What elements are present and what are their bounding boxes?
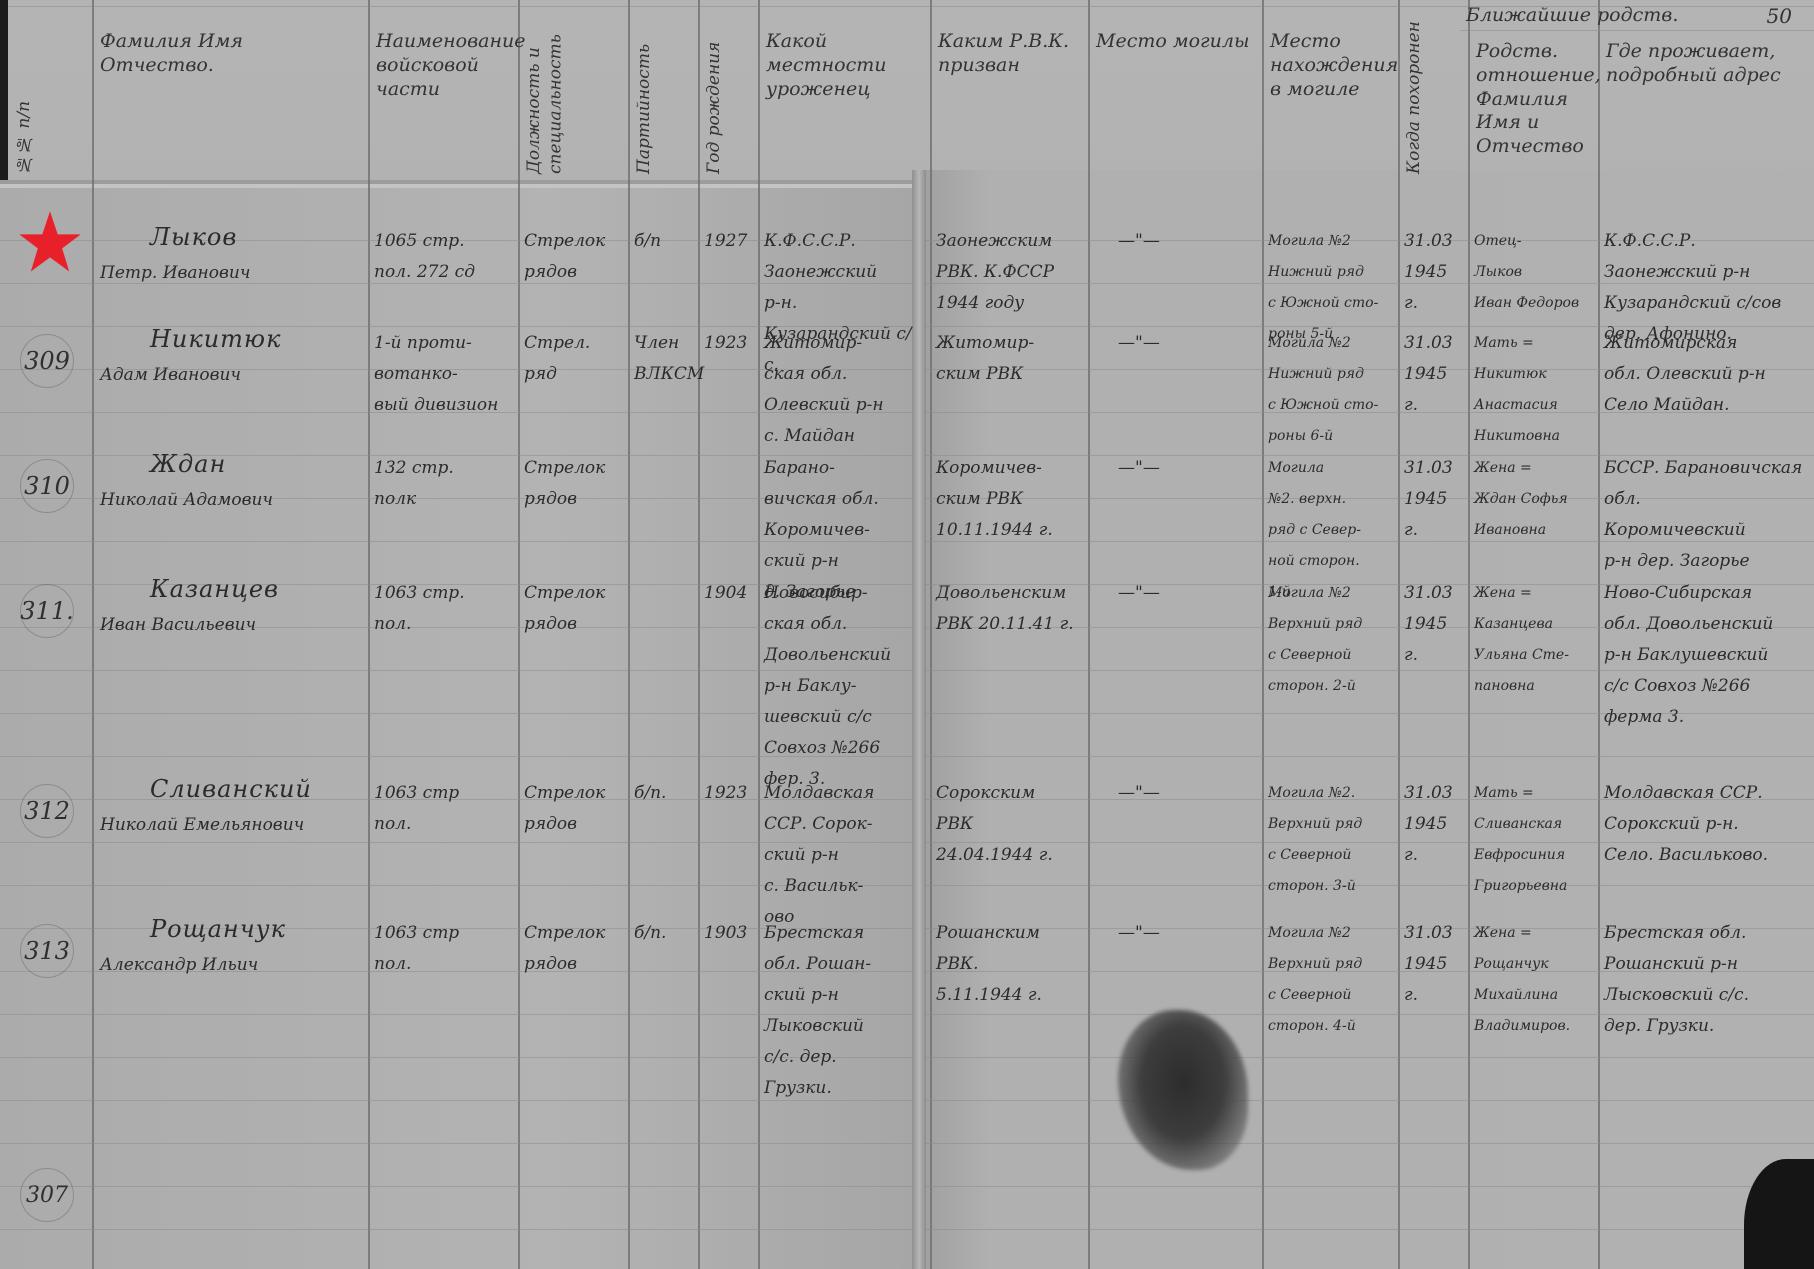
column-header-grave: Место могилы [1096, 30, 1256, 54]
cell-grave: —"— [1118, 453, 1282, 484]
cell-rvk: Заонежским РВК. К.ФССР 1944 году [936, 226, 1084, 319]
cell-rank: Стрелок рядов [524, 226, 624, 288]
cell-unit: 1065 стр. пол. 272 сд [374, 226, 514, 288]
cell-relative: Жена = Казанцева Ульяна Сте- пановна [1474, 578, 1594, 702]
cell-rvk: Довольенским РВК 20.11.41 г. [936, 578, 1084, 640]
given-names: Николай Емельянович [100, 810, 362, 841]
cell-address: Брестская обл. Рошанский р-н Лысковский … [1604, 918, 1810, 1042]
given-names: Петр. Иванович [100, 258, 362, 289]
row-rule [0, 1186, 912, 1187]
cell-address: Молдавская ССР. Сорокский р-н. Село. Вас… [1604, 778, 1810, 871]
cell-buried: 31.03 1945 г. [1404, 578, 1464, 671]
surname: Рощанчук [150, 914, 286, 945]
cell-party: б/п. [634, 778, 694, 809]
column-header-no: №№ п/п [14, 14, 88, 174]
cell-rvk: Житомир- ским РВК [936, 328, 1084, 390]
cell-origin: Брестская обл. Рошан- ский р-н Лыковский… [764, 918, 912, 1104]
cell-rank: Стрелок рядов [524, 918, 624, 980]
row-rule [926, 1100, 1814, 1101]
cell-relative: Мать = Сливанская Евфросиния Григорьевна [1474, 778, 1594, 902]
surname: Казанцев [150, 574, 279, 605]
column-rule [368, 0, 370, 1269]
cell-location: Могила №2 Верхний ряд с Северной сторон.… [1268, 578, 1394, 702]
column-rule [1598, 0, 1600, 1269]
column-header-address: Где проживает, подробный адрес [1606, 40, 1808, 88]
column-header-buried: Когда похоронен [1404, 14, 1464, 174]
row-number: 310 [20, 459, 74, 513]
cell-location: Могила №2 Нижний ряд с Южной сто- роны 6… [1268, 328, 1394, 452]
column-header-relative: Родств. отношение, Фамилия Имя и Отчеств… [1476, 40, 1592, 159]
column-header-rank: Должность и специальность [524, 14, 624, 174]
column-rule [1468, 0, 1470, 1269]
column-rule [758, 0, 760, 1269]
column-rule [1262, 0, 1264, 1269]
cell-relative: Жена = Рощанчук Михайлина Владимиров. [1474, 918, 1594, 1042]
cell-grave: —"— [1118, 328, 1282, 359]
cell-unit: 1063 стр. пол. [374, 578, 514, 640]
row-number: 311. [20, 584, 74, 638]
column-rule [698, 0, 700, 1269]
row-number: 313 [20, 924, 74, 978]
cell-buried: 31.03 1945 г. [1404, 453, 1464, 546]
row-rule [0, 1143, 912, 1144]
cell-origin: Молдавская ССР. Сорок- ский р-н с. Васил… [764, 778, 912, 933]
column-header-name: Фамилия Имя Отчество. [100, 30, 362, 78]
book-spine [912, 170, 926, 1269]
given-names: Александр Ильич [100, 950, 362, 981]
row-number: 309 [20, 334, 74, 388]
cell-buried: 31.03 1945 г. [1404, 226, 1464, 319]
cell-relative: Отец- Лыков Иван Федоров [1474, 226, 1594, 319]
column-header-born: Год рождения [704, 14, 754, 174]
column-rule [518, 0, 520, 1269]
cell-buried: 31.03 1945 г. [1404, 328, 1464, 421]
column-rule [1088, 0, 1090, 1269]
row-rule [926, 1057, 1814, 1058]
row-rule [0, 1229, 912, 1230]
row-rule [926, 1229, 1814, 1230]
row-rule [926, 756, 1814, 757]
cell-rank: Стрелок рядов [524, 778, 624, 840]
row-number: 312 [20, 784, 74, 838]
surname: Сливанский [150, 774, 312, 805]
cell-born: 1923 [704, 778, 754, 809]
page-number: 50 [1767, 4, 1792, 28]
cell-rank: Стрелок рядов [524, 453, 624, 515]
cell-rank: Стрел. ряд [524, 328, 624, 390]
cell-grave: —"— [1118, 778, 1282, 809]
cell-unit: 1-й проти- вотанко- вый дивизион [374, 328, 514, 421]
column-header-location: Место нахождения в могиле [1270, 30, 1392, 101]
column-header-unit: Наименование войсковой части [376, 30, 512, 101]
surname: Лыков [150, 222, 237, 253]
column-header-origin: Какой местности уроженец [766, 30, 910, 101]
cell-born: 1927 [704, 226, 754, 257]
cell-grave: —"— [1118, 226, 1282, 257]
footer-page-number: 307 [20, 1168, 74, 1222]
cell-party: б/п. [634, 918, 694, 949]
cell-origin: Житомир- ская обл. Олевский р-н с. Майда… [764, 328, 912, 452]
cell-address: Ново-Сибирская обл. Довольенский р-н Бак… [1604, 578, 1810, 733]
cell-relative: Мать = Никитюк Анастасия Никитовна [1474, 328, 1594, 452]
given-names: Адам Иванович [100, 360, 362, 391]
column-header-rvk: Каким Р.В.К. призван [938, 30, 1082, 78]
surname: Ждан [150, 449, 226, 480]
column-rule [930, 0, 932, 1269]
row-rule [926, 1186, 1814, 1187]
cell-location: Могила №2. Верхний ряд с Северной сторон… [1268, 778, 1394, 902]
cell-party: Член ВЛКСМ [634, 328, 694, 390]
cell-buried: 31.03 1945 г. [1404, 918, 1464, 1011]
cell-rvk: Сорокским РВК 24.04.1944 г. [936, 778, 1084, 871]
cell-address: Житомирская обл. Олевский р-н Село Майда… [1604, 328, 1810, 421]
cell-address: БССР. Барановичская обл. Коромичевский р… [1604, 453, 1810, 577]
row-rule [926, 1143, 1814, 1144]
cell-party: б/п [634, 226, 694, 257]
cell-buried: 31.03 1945 г. [1404, 778, 1464, 871]
given-names: Николай Адамович [100, 485, 362, 516]
column-rule [1398, 0, 1400, 1269]
red-star-icon [18, 210, 82, 274]
column-rule [628, 0, 630, 1269]
cell-rvk: Коромичев- ским РВК 10.11.1944 г. [936, 453, 1084, 546]
cell-rvk: Рошанским РВК. 5.11.1944 г. [936, 918, 1084, 1011]
column-header-party: Партийность [634, 14, 694, 174]
cell-grave: —"— [1118, 578, 1282, 609]
surname: Никитюк [150, 324, 281, 355]
column-group-header: Ближайшие родств. [1466, 4, 1766, 28]
cell-born: 1923 [704, 328, 754, 359]
row-rule [1460, 30, 1814, 31]
column-rule [92, 0, 94, 1269]
cell-born: 1903 [704, 918, 754, 949]
cell-unit: 132 стр. полк [374, 453, 514, 515]
cell-unit: 1063 стр пол. [374, 778, 514, 840]
cell-born: 1904 [704, 578, 754, 609]
cell-origin: Новосибир- ская обл. Довольенский р-н Ба… [764, 578, 912, 795]
cell-unit: 1063 стр пол. [374, 918, 514, 980]
cell-relative: Жена = Ждан Софья Ивановна [1474, 453, 1594, 546]
given-names: Иван Васильевич [100, 610, 362, 641]
cell-location: Могила №2 Верхний ряд с Северной сторон.… [1268, 918, 1394, 1042]
cell-grave: —"— [1118, 918, 1282, 949]
cell-rank: Стрелок рядов [524, 578, 624, 640]
